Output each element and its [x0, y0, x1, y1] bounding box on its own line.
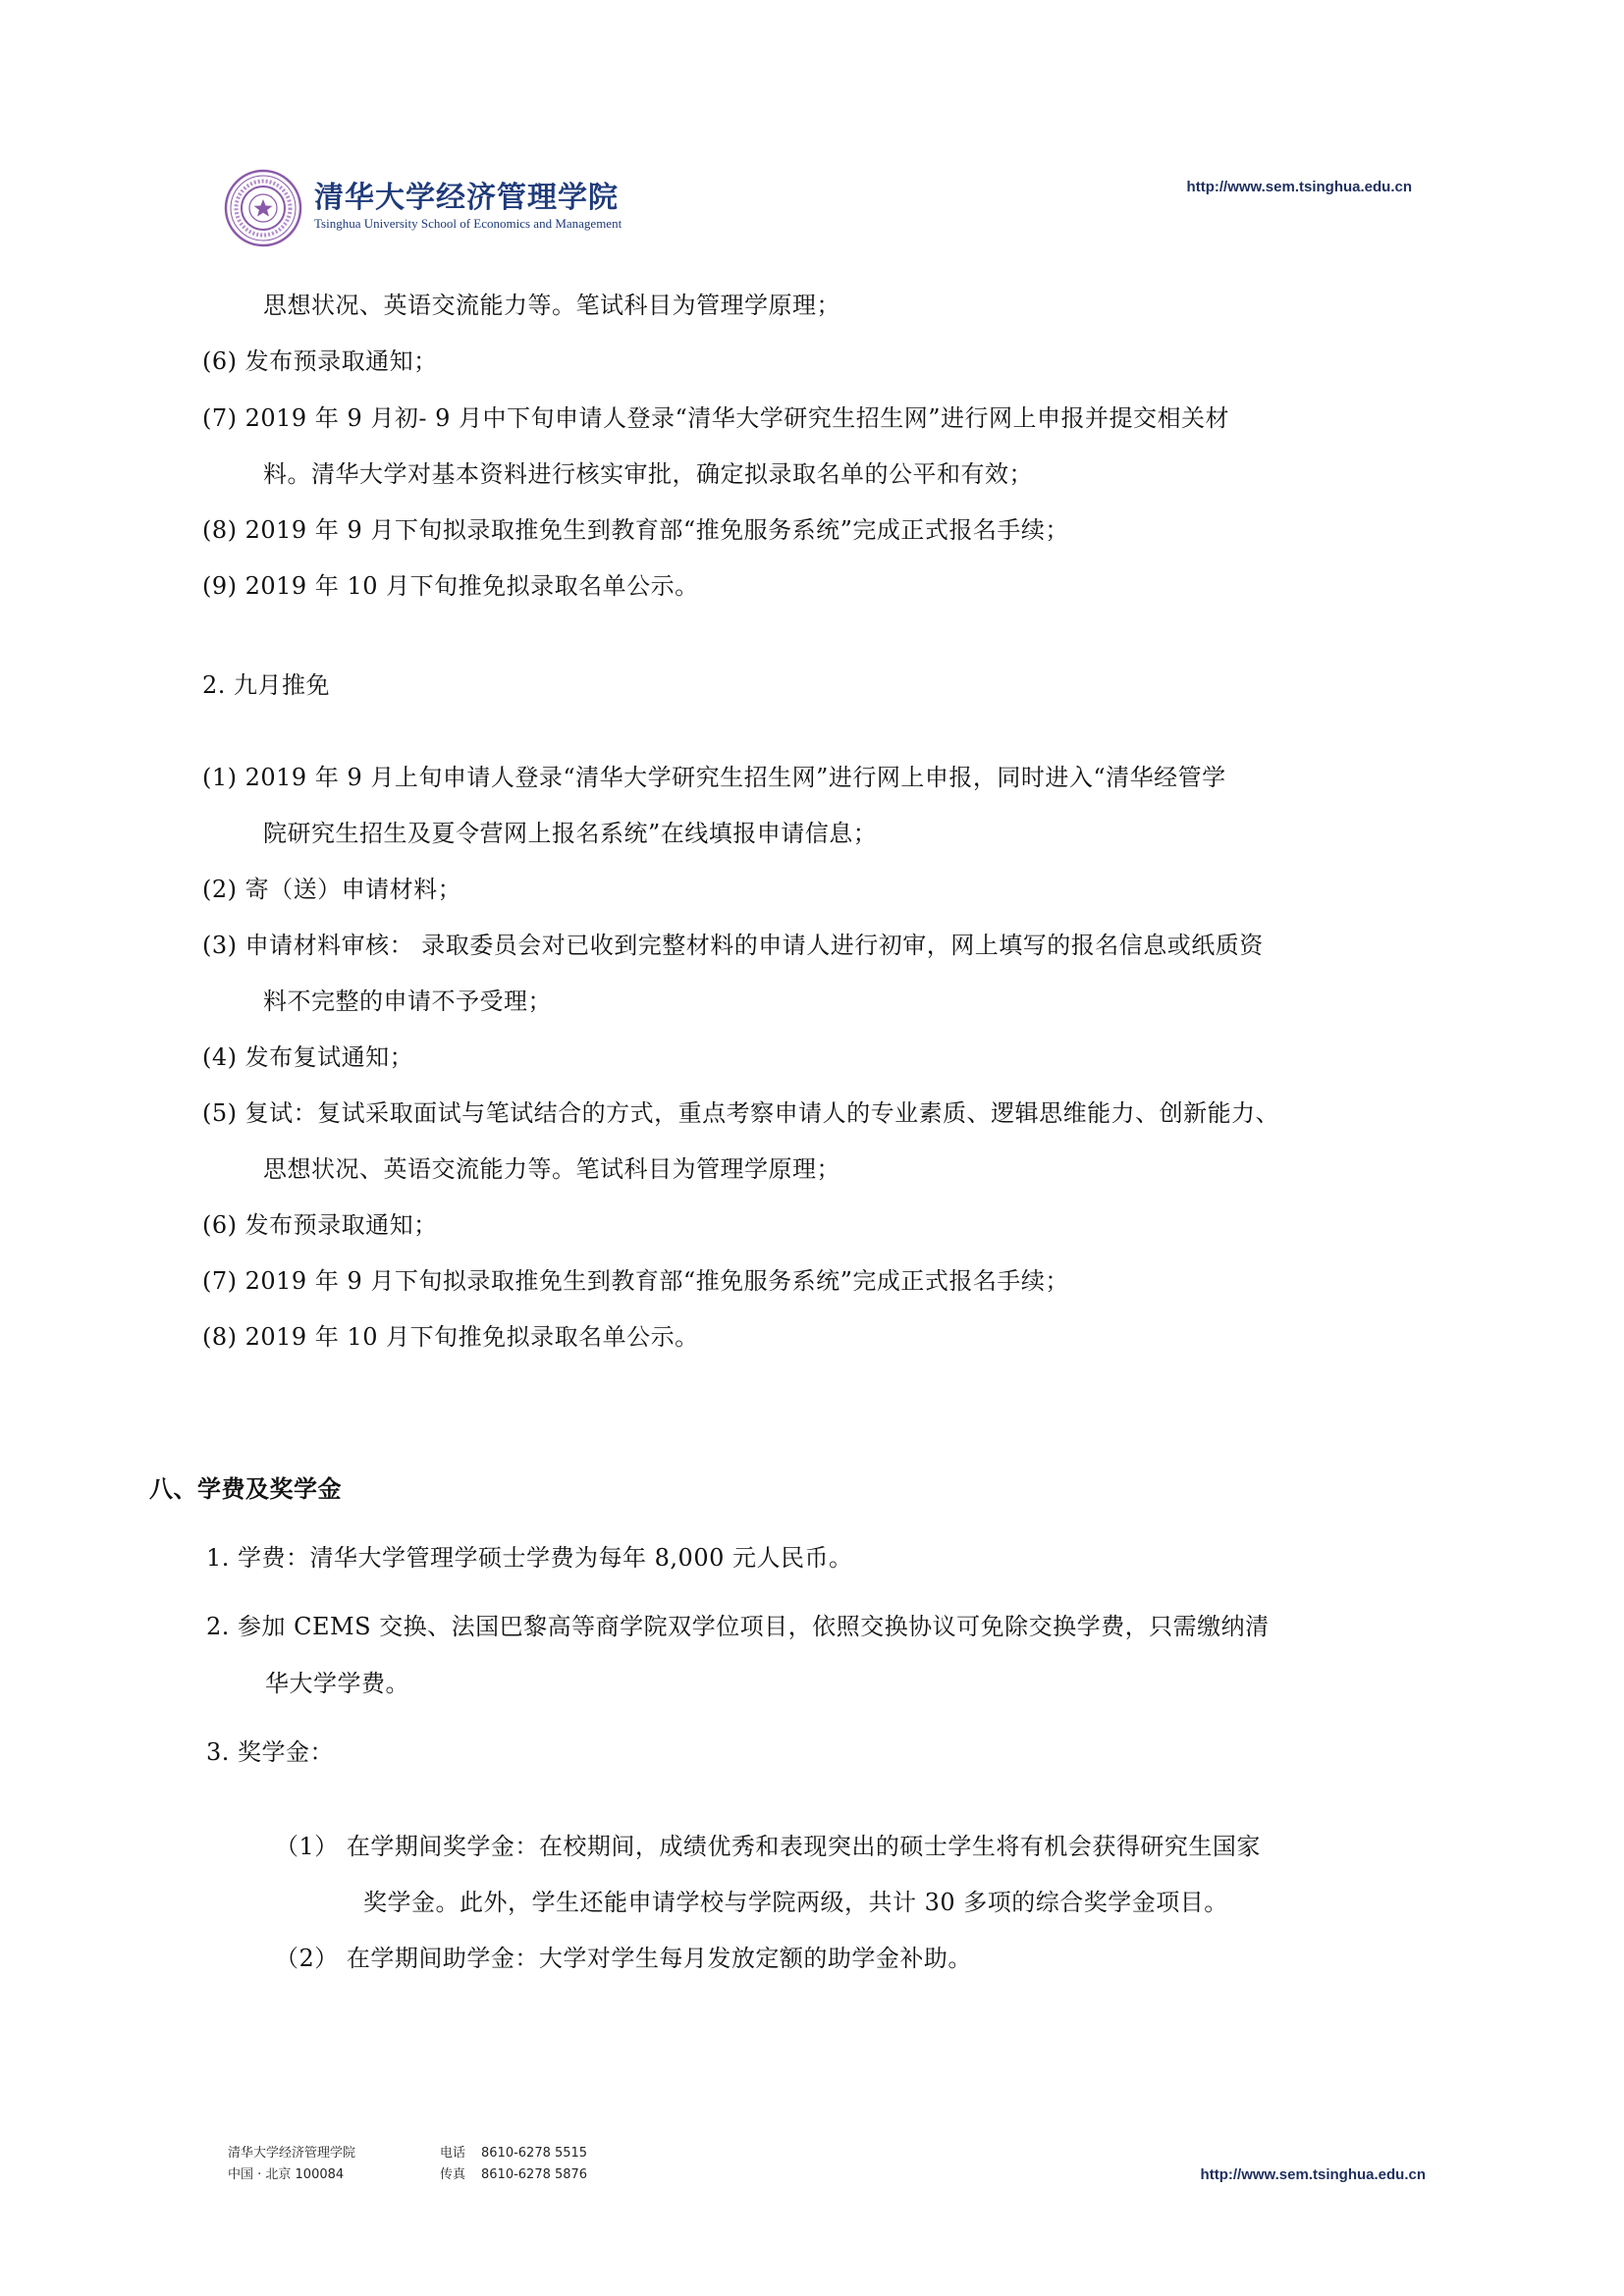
list-item: 1. 学费：清华大学管理学硕士学费为每年 8,000 元人民币。 — [206, 1543, 853, 1573]
list-item: 3. 奖学金： — [206, 1737, 334, 1767]
body-line: 华大学学费。 — [265, 1669, 409, 1698]
section-heading: 八、学费及奖学金 — [149, 1474, 342, 1504]
footer-fax-label: 传真 — [440, 2166, 465, 2184]
school-logo-text: 清华大学经济管理学院 Tsinghua University School of… — [314, 181, 622, 232]
body-line: 奖学金。此外，学生还能申请学校与学院两级，共计 30 多项的综合奖学金项目。 — [363, 1888, 1228, 1917]
list-item: (7) 2019 年 9 月初- 9 月中下旬申请人登录“清华大学研究生招生网”… — [202, 403, 1229, 433]
subsection-heading: 2. 九月推免 — [202, 670, 330, 700]
page-header: 清华大学经济管理学院 Tsinghua University School of… — [224, 169, 1432, 257]
list-item: (6) 发布预录取通知； — [202, 1210, 438, 1240]
list-item: (6) 发布预录取通知； — [202, 347, 438, 376]
list-item: （2） 在学期间助学金：大学对学生每月发放定额的助学金补助。 — [275, 1944, 972, 1973]
body-line: 料。清华大学对基本资料进行核实审批，确定拟录取名单的公平和有效； — [263, 459, 1033, 489]
body-line: 思想状况、英语交流能力等。笔试科目为管理学原理； — [263, 1154, 840, 1184]
school-name-cn: 清华大学经济管理学院 — [314, 181, 622, 216]
list-item: (8) 2019 年 9 月下旬拟录取推免生到教育部“推免服务系统”完成正式报名… — [202, 515, 1069, 545]
list-item: (4) 发布复试通知； — [202, 1042, 413, 1072]
list-item: (9) 2019 年 10 月下旬推免拟录取名单公示。 — [202, 571, 699, 601]
body-line: 院研究生招生及夏令营网上报名系统”在线填报申请信息； — [263, 819, 877, 848]
list-item: (7) 2019 年 9 月下旬拟录取推免生到教育部“推免服务系统”完成正式报名… — [202, 1266, 1069, 1296]
list-item: (8) 2019 年 10 月下旬推免拟录取名单公示。 — [202, 1322, 699, 1352]
list-item: (1) 2019 年 9 月上旬申请人登录“清华大学研究生招生网”进行网上申报，… — [202, 763, 1226, 792]
school-name-en: Tsinghua University School of Economics … — [314, 216, 622, 232]
body-line: 思想状况、英语交流能力等。笔试科目为管理学原理； — [263, 291, 840, 320]
footer-phone: 8610-6278 5515 — [481, 2145, 587, 2163]
page-footer: 清华大学经济管理学院 中国 · 北京 100084 电话 8610-6278 5… — [228, 2145, 1426, 2204]
list-item: （1） 在学期间奖学金：在校期间，成绩优秀和表现突出的硕士学生将有机会获得研究生… — [275, 1832, 1261, 1861]
footer-url-link[interactable]: http://www.sem.tsinghua.edu.cn — [1201, 2166, 1426, 2184]
footer-school-name: 清华大学经济管理学院 — [228, 2145, 355, 2163]
footer-phone-label: 电话 — [440, 2145, 465, 2163]
list-item: 2. 参加 CEMS 交换、法国巴黎高等商学院双学位项目，依照交换协议可免除交换… — [206, 1612, 1270, 1641]
list-item: (3) 申请材料审核： 录取委员会对已收到完整材料的申请人进行初审，网上填写的报… — [202, 931, 1264, 960]
header-url-link[interactable]: http://www.sem.tsinghua.edu.cn — [1187, 179, 1412, 195]
university-seal-icon — [224, 169, 302, 247]
footer-address: 中国 · 北京 100084 — [228, 2166, 344, 2184]
list-item: (2) 寄（送）申请材料； — [202, 875, 461, 904]
footer-fax: 8610-6278 5876 — [481, 2166, 587, 2184]
body-line: 料不完整的申请不予受理； — [263, 987, 552, 1016]
list-item: (5) 复试：复试采取面试与笔试结合的方式，重点考察申请人的专业素质、逻辑思维能… — [202, 1098, 1279, 1128]
